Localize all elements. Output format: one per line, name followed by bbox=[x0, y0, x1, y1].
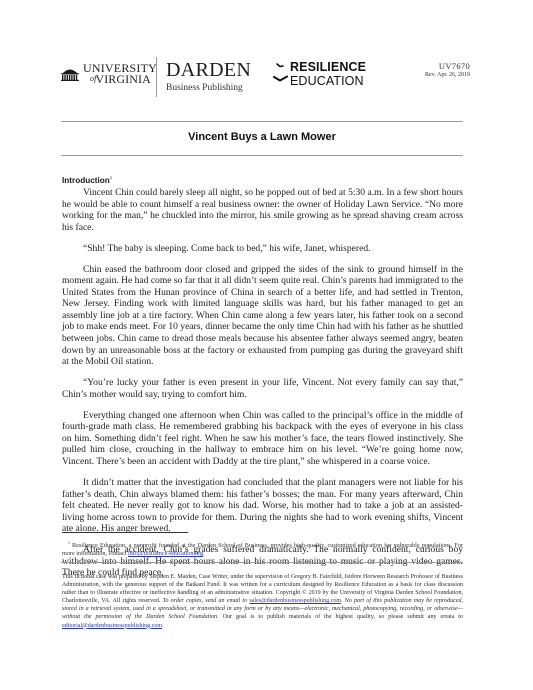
footnote-reference[interactable]: 1 bbox=[110, 175, 113, 180]
rotunda-icon bbox=[61, 67, 79, 81]
sales-email-link[interactable]: sales@dardenbusinesspublishing.com bbox=[249, 598, 341, 604]
resilience-chevron-icon bbox=[273, 61, 289, 89]
education-text: EDUCATION bbox=[290, 75, 366, 88]
section-heading: Introduction1 bbox=[62, 173, 112, 186]
document-title: Vincent Buys a Lawn Mower bbox=[61, 131, 463, 144]
paragraph: “You’re lucky your father is even presen… bbox=[62, 377, 463, 400]
info-email-link[interactable]: info@resilience-education.org bbox=[128, 550, 203, 557]
uva-virginia-text: VIRGINIA bbox=[95, 72, 150, 86]
uva-logo: UNIVERSITY ofVIRGINIA bbox=[61, 62, 151, 90]
title-rule-top bbox=[61, 121, 463, 122]
section-heading-text: Introduction bbox=[62, 176, 110, 185]
uva-wordmark: UNIVERSITY ofVIRGINIA bbox=[83, 62, 157, 85]
document-page: UNIVERSITY ofVIRGINIA DARDEN Business Pu… bbox=[0, 0, 533, 690]
editorial-email-link[interactable]: editorial@dardenbusinesspublishing.com bbox=[62, 623, 162, 629]
paragraph: Everything changed one afternoon when Ch… bbox=[62, 410, 463, 468]
paragraph: It didn’t matter that the investigation … bbox=[62, 477, 463, 535]
paragraph: Vincent Chin could barely sleep all nigh… bbox=[62, 187, 463, 233]
footnote: 1Resilience Education, a nonprofit found… bbox=[62, 539, 463, 558]
footnote-rule bbox=[62, 532, 188, 533]
footnote-text: Resilience Education, a nonprofit founde… bbox=[62, 542, 463, 557]
legal-rule bbox=[61, 562, 463, 563]
case-number: UV7670 bbox=[425, 61, 470, 71]
darden-logo: DARDEN Business Publishing bbox=[166, 60, 251, 94]
body-text: Vincent Chin could barely sleep all nigh… bbox=[62, 187, 463, 588]
copyright-notice: This fictional case was prepared by Step… bbox=[62, 573, 463, 630]
darden-subtitle: Business Publishing bbox=[166, 82, 251, 94]
darden-title: DARDEN bbox=[166, 60, 251, 80]
revision-date: Rev. Apr. 26, 2019 bbox=[425, 71, 470, 79]
paragraph: “Shh! The baby is sleeping. Come back to… bbox=[62, 243, 463, 255]
resilience-text: RESILIENCE bbox=[290, 61, 366, 74]
footnote-mark: 1 bbox=[68, 540, 70, 545]
case-meta: UV7670 Rev. Apr. 26, 2019 bbox=[425, 61, 470, 79]
logo-divider bbox=[156, 57, 157, 97]
title-rule-bottom bbox=[61, 155, 463, 156]
paragraph: Chin eased the bathroom door closed and … bbox=[62, 264, 463, 368]
resilience-education-logo: RESILIENCE EDUCATION bbox=[273, 61, 368, 89]
